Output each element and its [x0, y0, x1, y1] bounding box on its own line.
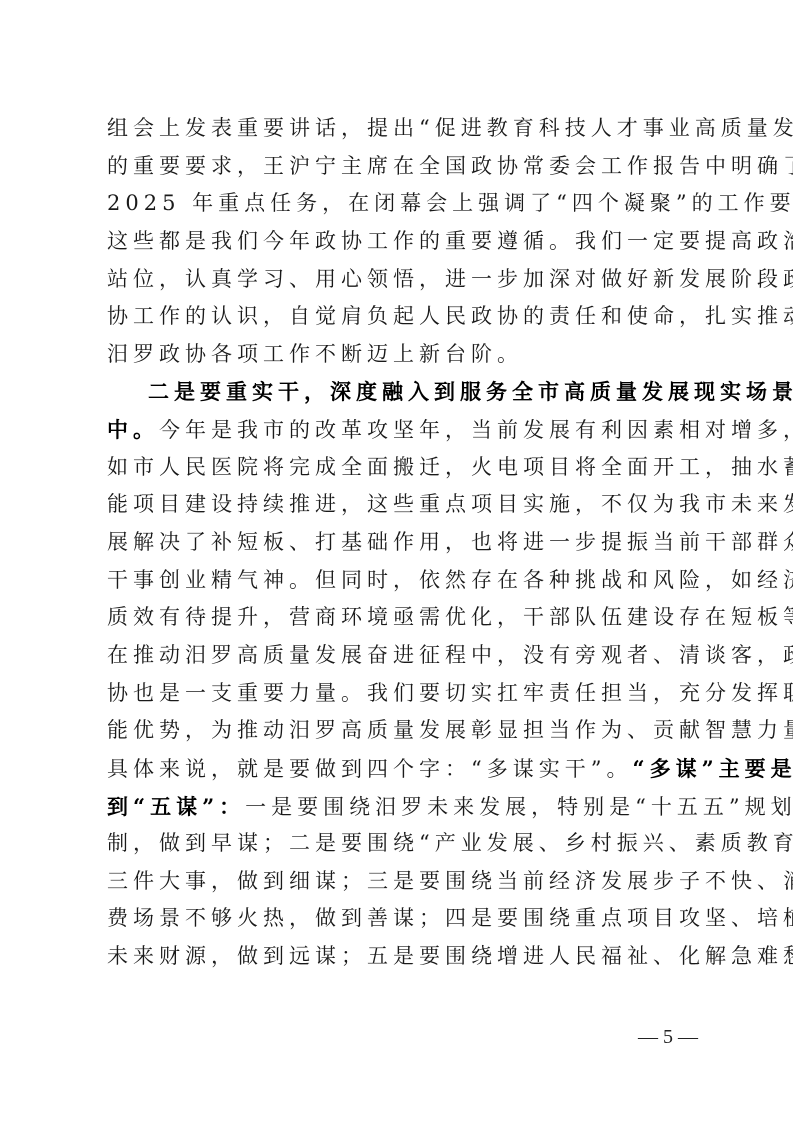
text-line: 这些都是我们今年政协工作的重要遵循。我们一定要提高政治 — [107, 223, 699, 261]
bold-text: 到“五谋”： — [107, 794, 245, 819]
bold-text: 二是要重实干，深度融入到服务全市高质量发展现实场景 — [148, 379, 793, 404]
text-line: 制，做到早谋；二是要围绕“产业发展、乡村振兴、素质教育” — [107, 825, 699, 863]
text-run: 具体来说，就是要做到四个字：“多谋实干”。 — [107, 757, 632, 781]
text-run: 的重要要求，王沪宁主席在全国政协常委会工作报告中明确了 — [107, 154, 793, 178]
text-run: 站位，认真学习、用心领悟，进一步加深对做好新发展阶段政 — [107, 267, 793, 291]
document-page: 组会上发表重要讲话，提出“促进教育科技人才事业高质量发展”的重要要求，王沪宁主席… — [0, 0, 793, 1122]
text-line: 的重要要求，王沪宁主席在全国政协常委会工作报告中明确了 — [107, 148, 699, 186]
text-line: 费场景不够火热，做到善谋；四是要围绕重点项目攻坚、培植 — [107, 900, 699, 938]
text-line: 展解决了补短板、打基础作用，也将进一步提振当前干部群众 — [107, 524, 699, 562]
text-line: 二是要重实干，深度融入到服务全市高质量发展现实场景 — [107, 373, 699, 411]
text-line: 如市人民医院将完成全面搬迁，火电项目将全面开工，抽水蓄 — [107, 449, 699, 487]
text-run: 这些都是我们今年政协工作的重要遵循。我们一定要提高政治 — [107, 229, 793, 253]
text-line: 三件大事，做到细谋；三是要围绕当前经济发展步子不快、消 — [107, 863, 699, 901]
text-line: 协也是一支重要力量。我们要切实扛牢责任担当，充分发挥职 — [107, 675, 699, 713]
text-line: 质效有待提升，营商环境亟需优化，干部队伍建设存在短板等。 — [107, 599, 699, 637]
text-line: 中。今年是我市的改革攻坚年，当前发展有利因素相对增多， — [107, 411, 699, 449]
paragraph: 组会上发表重要讲话，提出“促进教育科技人才事业高质量发展”的重要要求，王沪宁主席… — [107, 110, 699, 373]
text-line: 汨罗政协各项工作不断迈上新台阶。 — [107, 336, 699, 374]
text-run: 质效有待提升，营商环境亟需优化，干部队伍建设存在短板等。 — [107, 605, 793, 629]
text-run: 组会上发表重要讲话，提出“促进教育科技人才事业高质量发展” — [107, 116, 793, 140]
text-run: 展解决了补短板、打基础作用，也将进一步提振当前干部群众 — [107, 530, 793, 554]
text-run: 费场景不够火热，做到善谋；四是要围绕重点项目攻坚、培植 — [107, 906, 793, 930]
text-line: 具体来说，就是要做到四个字：“多谋实干”。“多谋”主要是做 — [107, 750, 699, 788]
text-run: 在推动汨罗高质量发展奋进征程中，没有旁观者、清谈客，政 — [107, 643, 793, 667]
paragraph: 二是要重实干，深度融入到服务全市高质量发展现实场景中。今年是我市的改革攻坚年，当… — [107, 373, 699, 975]
text-line: 2025 年重点任务，在闭幕会上强调了“四个凝聚”的工作要求， — [107, 185, 699, 223]
text-line: 能项目建设持续推进，这些重点项目实施，不仅为我市未来发 — [107, 486, 699, 524]
text-run: 干事创业精气神。但同时，依然存在各种挑战和风险，如经济 — [107, 568, 793, 592]
text-run: 三件大事，做到细谋；三是要围绕当前经济发展步子不快、消 — [107, 869, 793, 893]
text-run: 2025 年重点任务，在闭幕会上强调了“四个凝聚”的工作要求， — [107, 191, 793, 215]
text-run: 一是要围绕汨罗未来发展，特别是“十五五”规划编 — [245, 795, 793, 819]
text-line: 未来财源，做到远谋；五是要围绕增进人民福祉、化解急难愁 — [107, 938, 699, 976]
text-run: 如市人民医院将完成全面搬迁，火电项目将全面开工，抽水蓄 — [107, 455, 793, 479]
text-run: 能优势，为推动汨罗高质量发展彰显担当作为、贡献智慧力量。 — [107, 718, 793, 742]
text-run: 今年是我市的改革攻坚年，当前发展有利因素相对增多， — [159, 418, 793, 442]
text-line: 能优势，为推动汨罗高质量发展彰显担当作为、贡献智慧力量。 — [107, 712, 699, 750]
text-line: 到“五谋”：一是要围绕汨罗未来发展，特别是“十五五”规划编 — [107, 788, 699, 826]
text-line: 站位，认真学习、用心领悟，进一步加深对做好新发展阶段政 — [107, 261, 699, 299]
text-line: 组会上发表重要讲话，提出“促进教育科技人才事业高质量发展” — [107, 110, 699, 148]
bold-text: “多谋”主要是做 — [632, 756, 793, 781]
text-run: 协工作的认识，自觉肩负起人民政协的责任和使命，扎实推动 — [107, 304, 793, 328]
bold-text: 中。 — [107, 417, 159, 442]
text-run: 未来财源，做到远谋；五是要围绕增进人民福祉、化解急难愁 — [107, 944, 793, 968]
page-number: — 5 — — [598, 1026, 698, 1049]
text-run: 制，做到早谋；二是要围绕“产业发展、乡村振兴、素质教育” — [107, 831, 793, 855]
text-line: 协工作的认识，自觉肩负起人民政协的责任和使命，扎实推动 — [107, 298, 699, 336]
text-run: 汨罗政协各项工作不断迈上新台阶。 — [107, 342, 523, 366]
text-line: 在推动汨罗高质量发展奋进征程中，没有旁观者、清谈客，政 — [107, 637, 699, 675]
text-run: 协也是一支重要力量。我们要切实扛牢责任担当，充分发挥职 — [107, 681, 793, 705]
body-text: 组会上发表重要讲话，提出“促进教育科技人才事业高质量发展”的重要要求，王沪宁主席… — [107, 110, 699, 976]
text-run: 能项目建设持续推进，这些重点项目实施，不仅为我市未来发 — [107, 492, 793, 516]
text-line: 干事创业精气神。但同时，依然存在各种挑战和风险，如经济 — [107, 562, 699, 600]
